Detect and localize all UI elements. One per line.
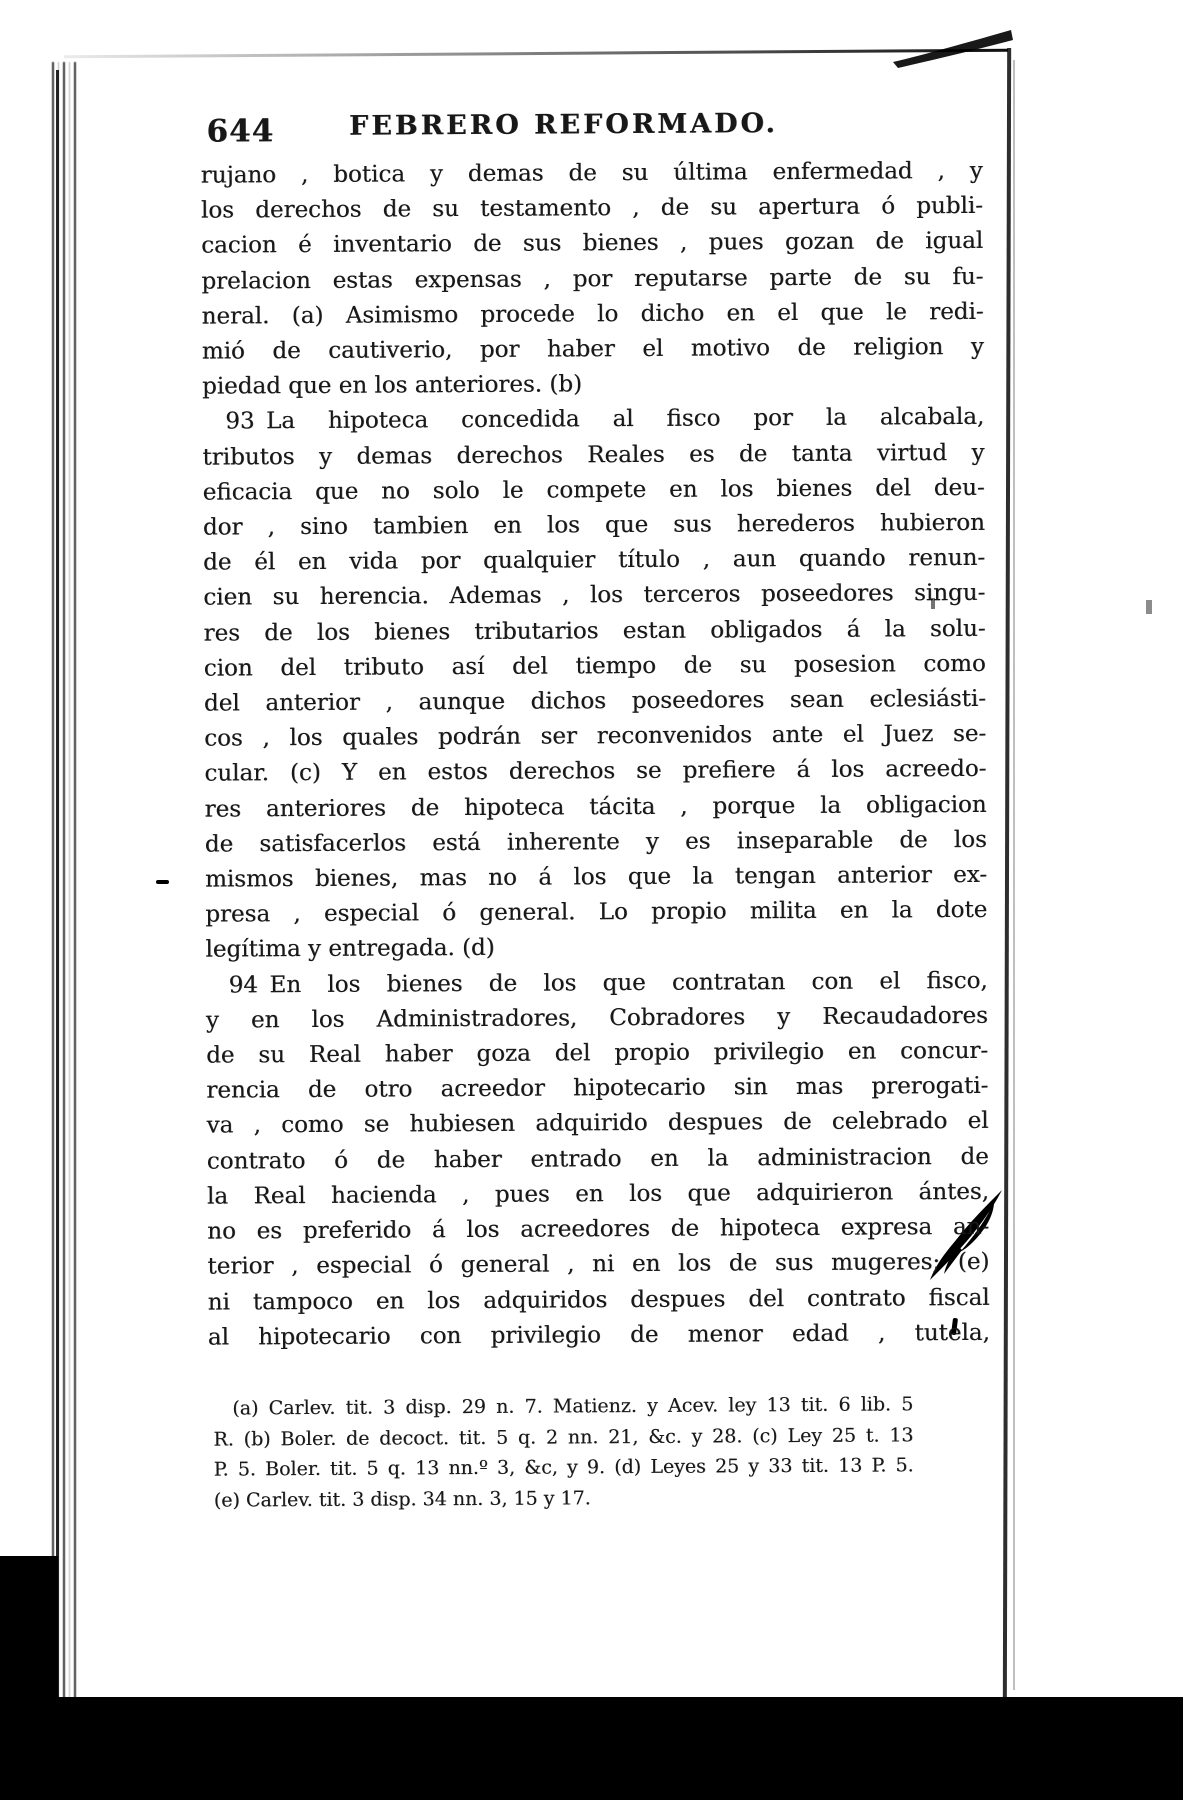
- body-text-line: legítima y entregada. (d): [205, 928, 987, 968]
- body-text-line: res de los bienes tributarios estan obli…: [203, 612, 985, 652]
- body-text-line: prelacion estas expensas , por reputarse…: [201, 259, 983, 299]
- body-text-line: dor , sino tambien en los que sus herede…: [203, 506, 985, 546]
- body-text-line: 94 En los bienes de los que contratan co…: [206, 964, 988, 1004]
- body-text-line: rujano , botica y demas de su última enf…: [201, 154, 983, 194]
- body-text-line: al hipotecario con privilegio de menor e…: [208, 1316, 990, 1356]
- body-text-line: rencia de otro acreedor hipotecario sin …: [206, 1069, 988, 1109]
- body-text-line: de satisfacerlos está inherente y es ins…: [205, 823, 987, 863]
- page-header: 644 FEBRERO REFORMADO.: [200, 107, 982, 158]
- body-text-line: cacion é inventario de sus bienes , pues…: [201, 224, 983, 264]
- body-text-line: ni tampoco en los adquiridos despues del…: [208, 1280, 990, 1320]
- footnote-line: (e) Carlev. tit. 3 disp. 34 nn. 3, 15 y …: [214, 1481, 914, 1516]
- body-text-line: cion del tributo así del tiempo de su po…: [204, 647, 986, 687]
- body-text-line: contrato ó de haber entrado en la admini…: [207, 1140, 989, 1180]
- body-text-line: piedad que en los anteriores. (b): [202, 365, 984, 405]
- body-text-line: de él en vida por qualquier título , aun…: [203, 541, 985, 581]
- footnote-line: (a) Carlev. tit. 3 disp. 29 n. 7. Matien…: [213, 1389, 913, 1424]
- body-text-line: va , como se hubiesen adquirido despues …: [206, 1104, 988, 1144]
- body-text-line: no es preferido á los acreedores de hipo…: [207, 1210, 989, 1250]
- body-text-line: mió de cautiverio, por haber el motivo d…: [202, 330, 984, 370]
- body-text-line: y en los Administradores, Cobradores y R…: [206, 999, 988, 1039]
- body-text-line: tributos y demas derechos Reales es de t…: [202, 436, 984, 476]
- footnotes: (a) Carlev. tit. 3 disp. 29 n. 7. Matien…: [213, 1389, 914, 1515]
- page-text-area: 644 FEBRERO REFORMADO. rujano , botica y…: [0, 0, 1183, 1800]
- running-title: FEBRERO REFORMADO.: [200, 107, 982, 143]
- body-text-line: la Real hacienda , pues en los que adqui…: [207, 1175, 989, 1215]
- body-text-line: cien su herencia. Ademas , los terceros …: [203, 576, 985, 616]
- body-text-line: res anteriores de hipoteca tácita , porq…: [205, 788, 987, 828]
- body-text-line: 93 La hipoteca concedida al fisco por la…: [202, 400, 984, 440]
- footnote-line: R. (b) Boler. de decoct. tit. 5 q. 2 nn.…: [213, 1420, 913, 1455]
- body-text: rujano , botica y demas de su última enf…: [201, 154, 990, 1356]
- body-text-line: neral. (a) Asimismo procede lo dicho en …: [202, 295, 984, 335]
- body-text-line: cular. (c) Y en estos derechos se prefie…: [204, 752, 986, 792]
- body-text-line: cos , los quales podrán ser reconvenidos…: [204, 717, 986, 757]
- body-text-line: del anterior , aunque dichos poseedores …: [204, 682, 986, 722]
- body-text-line: presa , especial ó general. Lo propio mi…: [205, 893, 987, 933]
- body-text-line: mismos bienes, mas no á los que la tenga…: [205, 858, 987, 898]
- body-text-line: terior , especial ó general , ni en los …: [207, 1245, 989, 1285]
- page-number: 644: [206, 113, 274, 149]
- body-text-line: eficacia que no solo le compete en los b…: [203, 471, 985, 511]
- body-text-line: de su Real haber goza del propio privile…: [206, 1034, 988, 1074]
- footnote-line: P. 5. Boler. tit. 5 q. 13 nn.º 3, &c, y …: [214, 1450, 914, 1485]
- body-text-line: los derechos de su testamento , de su ap…: [201, 189, 983, 229]
- book-page-scan: 644 FEBRERO REFORMADO. rujano , botica y…: [0, 0, 1183, 1800]
